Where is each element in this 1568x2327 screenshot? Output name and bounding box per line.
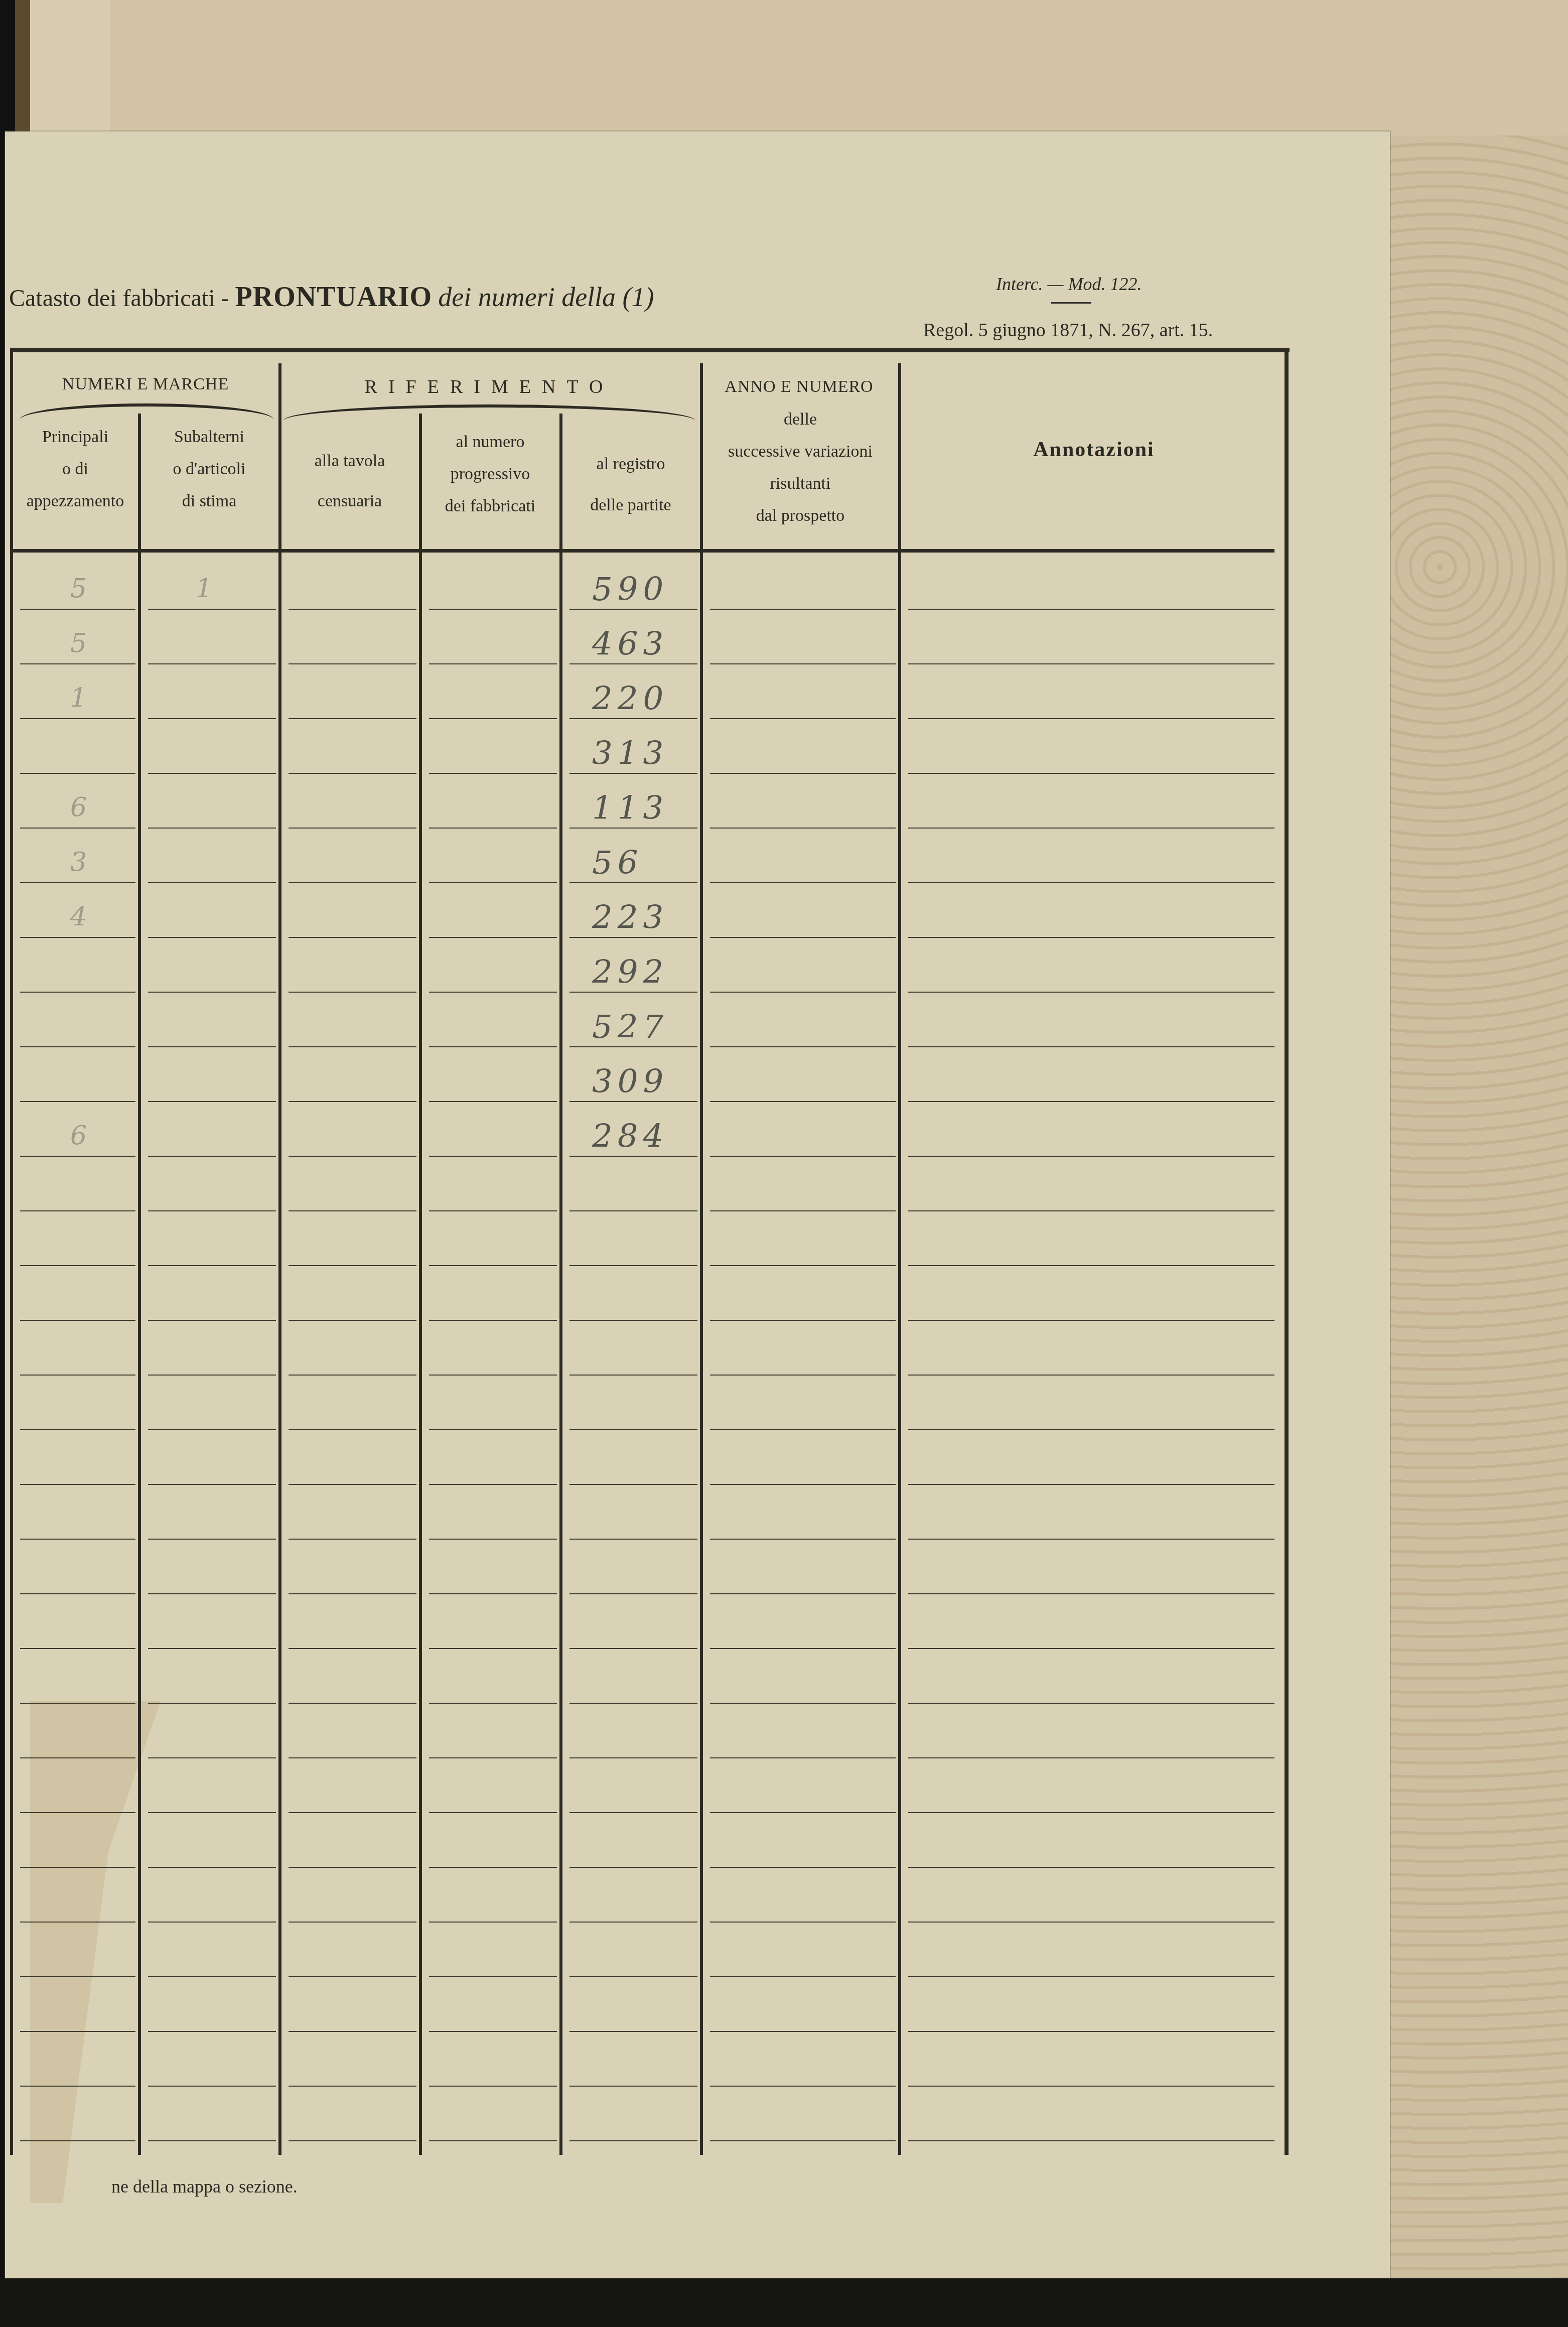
row-rule [429, 718, 557, 719]
row-rule [908, 1210, 1274, 1211]
registro-partite-value: 527 [592, 1009, 668, 1046]
row-rule [710, 1976, 896, 1977]
row-rule [569, 1429, 697, 1430]
row-rule [710, 1648, 896, 1649]
row-rule [429, 663, 557, 664]
row-rule [569, 773, 697, 774]
row-rule [908, 1593, 1274, 1594]
row-rule [289, 1265, 416, 1266]
row-rule [20, 992, 135, 993]
row-rule [908, 1375, 1274, 1376]
page-title: Catasto dei fabbricati - PRONTUARIO dei … [9, 281, 654, 313]
registro-partite-value: 463 [592, 626, 668, 663]
row-rule [710, 1593, 896, 1594]
row-rule [148, 828, 276, 829]
col-sep-3 [419, 414, 422, 2155]
row-rule [710, 937, 896, 938]
row-rule [908, 1976, 1274, 1977]
row-rule [289, 718, 416, 719]
row-rule [20, 1101, 135, 1102]
col-sep-5 [700, 363, 703, 2155]
row-rule [908, 1484, 1274, 1485]
table-top-rule [10, 348, 1290, 352]
row-rule [20, 1429, 135, 1430]
row-rule [20, 1757, 135, 1758]
row-rule [20, 1648, 135, 1649]
row-rule [289, 1156, 416, 1157]
row-rule [429, 1210, 557, 1211]
row-rule [20, 937, 135, 938]
row-rule [148, 937, 276, 938]
row-rule [148, 1976, 276, 1977]
row-rule [429, 828, 557, 829]
row-rule [908, 1648, 1274, 1649]
row-rule [569, 1046, 697, 1047]
colhead-variazioni: delle successive variazioni risultanti d… [703, 403, 898, 532]
row-rule [908, 609, 1274, 610]
row-rule [569, 2140, 697, 2141]
row-rule [289, 663, 416, 664]
row-rule [148, 1210, 276, 1211]
row-rule [148, 609, 276, 610]
row-rule [148, 1593, 276, 1594]
registro-partite-value: 292 [592, 954, 668, 991]
row-rule [148, 1484, 276, 1485]
row-rule [710, 1156, 896, 1157]
row-rule [289, 1320, 416, 1321]
row-rule [20, 1593, 135, 1594]
col-sep-1 [138, 414, 141, 2155]
row-rule [20, 1210, 135, 1211]
row-rule [429, 773, 557, 774]
row-rule [710, 1703, 896, 1704]
row-rule [148, 718, 276, 719]
row-rule [289, 2140, 416, 2141]
row-rule [710, 663, 896, 664]
row-rule [289, 1429, 416, 1430]
row-rule [148, 1046, 276, 1047]
row-rule [289, 1375, 416, 1376]
row-rule [429, 1265, 557, 1266]
row-rule [710, 718, 896, 719]
colhead-registro-partite: al registro delle partite [562, 444, 699, 526]
row-rule [710, 1539, 896, 1540]
row-rule [908, 937, 1274, 938]
row-rule [20, 663, 135, 664]
row-rule [908, 1320, 1274, 1321]
row-rule [289, 1976, 416, 1977]
row-rule [710, 828, 896, 829]
row-rule [710, 1210, 896, 1211]
row-rule [569, 1210, 697, 1211]
row-rule [710, 1812, 896, 1813]
row-rule [20, 1976, 135, 1977]
row-rule [429, 2140, 557, 2141]
row-rule [569, 2086, 697, 2087]
row-rule [908, 2140, 1274, 2141]
row-rule [908, 992, 1274, 993]
row-rule [289, 1757, 416, 1758]
row-rule [429, 1703, 557, 1704]
row-rule [20, 1922, 135, 1923]
footnote: ne della mappa o sezione. [111, 2176, 298, 2197]
row-rule [569, 1156, 697, 1157]
row-rule [908, 2031, 1274, 2032]
row-rule [20, 2086, 135, 2087]
row-rule [710, 1867, 896, 1868]
row-rule [569, 1593, 697, 1594]
row-rule [148, 663, 276, 664]
row-rule [289, 1648, 416, 1649]
row-rule [20, 1703, 135, 1704]
row-rule [148, 1648, 276, 1649]
row-rule [289, 882, 416, 883]
row-rule [710, 1922, 896, 1923]
row-rule [289, 2031, 416, 2032]
row-rule [20, 773, 135, 774]
registro-partite-value: 313 [592, 735, 668, 772]
registro-partite-value: 113 [592, 790, 668, 827]
row-rule [908, 773, 1274, 774]
header-riferimento: RIFERIMENTO [281, 371, 697, 403]
col-sep-2 [278, 363, 281, 2155]
row-rule [148, 1429, 276, 1430]
row-rule [148, 1703, 276, 1704]
row-rule [289, 2086, 416, 2087]
row-rule [908, 828, 1274, 829]
regulation-reference: Regol. 5 giugno 1871, N. 267, art. 15. [923, 319, 1213, 341]
subalterni-value: 1 [196, 574, 217, 604]
row-rule [908, 1867, 1274, 1868]
row-rule [908, 1265, 1274, 1266]
row-rule [569, 609, 697, 610]
row-rule [429, 992, 557, 993]
row-rule [429, 1320, 557, 1321]
row-rule [569, 1265, 697, 1266]
principali-value: 3 [70, 847, 92, 877]
row-rule [148, 1922, 276, 1923]
row-rule [148, 1539, 276, 1540]
row-rule [289, 937, 416, 938]
principali-value: 5 [70, 628, 92, 658]
row-rule [569, 1976, 697, 1977]
row-rule [289, 1703, 416, 1704]
row-rule [20, 1265, 135, 1266]
row-rule [710, 1757, 896, 1758]
row-rule [429, 1484, 557, 1485]
registro-partite-value: 284 [592, 1118, 668, 1155]
row-rule [908, 718, 1274, 719]
row-rule [429, 882, 557, 883]
row-rule [20, 828, 135, 829]
row-rule [569, 828, 697, 829]
registro-partite-value: 590 [592, 571, 668, 608]
row-rule [710, 1484, 896, 1485]
header-numeri-e-marche: NUMERI E MARCHE [15, 368, 276, 400]
row-rule [148, 1757, 276, 1758]
row-rule [148, 1265, 276, 1266]
row-rule [289, 1101, 416, 1102]
row-rule [429, 1156, 557, 1157]
row-rule [429, 1867, 557, 1868]
row-rule [569, 2031, 697, 2032]
row-rule [710, 2031, 896, 2032]
row-rule [710, 1375, 896, 1376]
row-rule [429, 1976, 557, 1977]
row-rule [20, 2031, 135, 2032]
row-rule [289, 773, 416, 774]
col-sep-4 [559, 414, 562, 2155]
row-rule [148, 992, 276, 993]
row-rule [429, 1757, 557, 1758]
row-rule [20, 1320, 135, 1321]
row-rule [908, 1539, 1274, 1540]
row-rule [20, 1156, 135, 1157]
row-rule [710, 1046, 896, 1047]
row-rule [710, 609, 896, 610]
colhead-numero-progressivo: al numero progressivo dei fabbricati [422, 426, 558, 522]
row-rule [429, 609, 557, 610]
principali-value: 4 [70, 902, 92, 932]
principali-value: 5 [70, 574, 92, 604]
colhead-tavola: alla tavola censuaria [281, 441, 418, 521]
model-underline [1051, 302, 1091, 304]
header-annotazioni: Annotazioni [903, 434, 1285, 466]
row-rule [710, 992, 896, 993]
row-rule [148, 2031, 276, 2032]
row-rule [908, 1101, 1274, 1102]
row-rule [429, 1922, 557, 1923]
principali-value: 6 [70, 1121, 92, 1151]
row-rule [148, 1320, 276, 1321]
row-rule [569, 1648, 697, 1649]
principali-value: 6 [70, 792, 92, 823]
row-rule [289, 1812, 416, 1813]
table-left-border [10, 348, 13, 2155]
row-rule [148, 1375, 276, 1376]
row-rule [20, 2140, 135, 2141]
row-rule [569, 718, 697, 719]
row-rule [20, 1046, 135, 1047]
row-rule [20, 1375, 135, 1376]
row-rule [148, 882, 276, 883]
row-rule [289, 828, 416, 829]
scan-background [0, 2278, 1568, 2327]
registro-partite-value: 223 [592, 899, 668, 936]
row-rule [569, 1703, 697, 1704]
row-rule [289, 1210, 416, 1211]
row-rule [20, 1484, 135, 1485]
col-sep-6 [898, 363, 901, 2155]
row-rule [710, 2140, 896, 2141]
row-rule [289, 1046, 416, 1047]
header-bottom-rule [10, 549, 1274, 553]
row-rule [429, 1375, 557, 1376]
row-rule [710, 882, 896, 883]
row-rule [908, 1812, 1274, 1813]
row-rule [710, 1265, 896, 1266]
row-rule [908, 1429, 1274, 1430]
row-rule [569, 1375, 697, 1376]
header-anno-e-numero: ANNO E NUMERO [702, 371, 896, 403]
row-rule [569, 1320, 697, 1321]
row-rule [908, 1757, 1274, 1758]
row-rule [908, 2086, 1274, 2087]
model-number: Interc. — Mod. 122. [996, 273, 1142, 295]
row-rule [429, 1046, 557, 1047]
row-rule [289, 1593, 416, 1594]
row-rule [148, 1101, 276, 1102]
row-rule [569, 882, 697, 883]
row-rule [569, 1484, 697, 1485]
row-rule [569, 1101, 697, 1102]
row-rule [20, 1867, 135, 1868]
registro-partite-value: 309 [592, 1063, 668, 1101]
row-rule [908, 1703, 1274, 1704]
colhead-subalterni: Subalterni o d'articoli di stima [141, 421, 277, 517]
row-rule [148, 1867, 276, 1868]
row-rule [148, 2140, 276, 2141]
row-rule [289, 1539, 416, 1540]
row-rule [148, 773, 276, 774]
row-rule [429, 1593, 557, 1594]
row-rule [20, 882, 135, 883]
registro-partite-value: 220 [592, 680, 668, 718]
title-main: PRONTUARIO [235, 282, 433, 313]
title-suffix: dei numeri della (1) [438, 282, 654, 312]
row-rule [710, 773, 896, 774]
row-rule [20, 1812, 135, 1813]
row-rule [429, 1812, 557, 1813]
row-rule [429, 2031, 557, 2032]
row-rule [429, 937, 557, 938]
row-rule [429, 2086, 557, 2087]
row-rule [289, 1867, 416, 1868]
foxed-cover-edge [1385, 135, 1568, 2293]
row-rule [20, 1539, 135, 1540]
table-right-border [1285, 348, 1289, 2155]
row-rule [569, 1539, 697, 1540]
row-rule [569, 1922, 697, 1923]
row-rule [148, 2086, 276, 2087]
registro-partite-value: 56 [592, 845, 643, 882]
row-rule [710, 1320, 896, 1321]
row-rule [569, 992, 697, 993]
row-rule [20, 718, 135, 719]
row-rule [908, 1922, 1274, 1923]
register-table: NUMERI E MARCHE RIFERIMENTO ANNO E NUMER… [10, 348, 1290, 2155]
row-rule [569, 1867, 697, 1868]
row-rule [710, 2086, 896, 2087]
row-rule [908, 1046, 1274, 1047]
row-rule [569, 663, 697, 664]
row-rule [289, 609, 416, 610]
row-rule [908, 882, 1274, 883]
row-rule [908, 663, 1274, 664]
row-rule [429, 1539, 557, 1540]
title-prefix: Catasto dei fabbricati - [9, 285, 229, 312]
brace-numeri [20, 403, 273, 420]
row-rule [429, 1101, 557, 1102]
row-rule [148, 1812, 276, 1813]
row-rule [20, 609, 135, 610]
row-rule [710, 1429, 896, 1430]
colhead-principali: Principali o di appezzamento [13, 421, 138, 517]
row-rule [710, 1101, 896, 1102]
row-rule [429, 1648, 557, 1649]
row-rule [569, 1812, 697, 1813]
row-rule [429, 1429, 557, 1430]
row-rule [289, 1922, 416, 1923]
row-rule [569, 937, 697, 938]
principali-value: 1 [70, 683, 92, 713]
brace-riferimento [283, 404, 695, 421]
row-rule [289, 1484, 416, 1485]
row-rule [148, 1156, 276, 1157]
row-rule [908, 1156, 1274, 1157]
row-rule [569, 1757, 697, 1758]
row-rule [289, 992, 416, 993]
